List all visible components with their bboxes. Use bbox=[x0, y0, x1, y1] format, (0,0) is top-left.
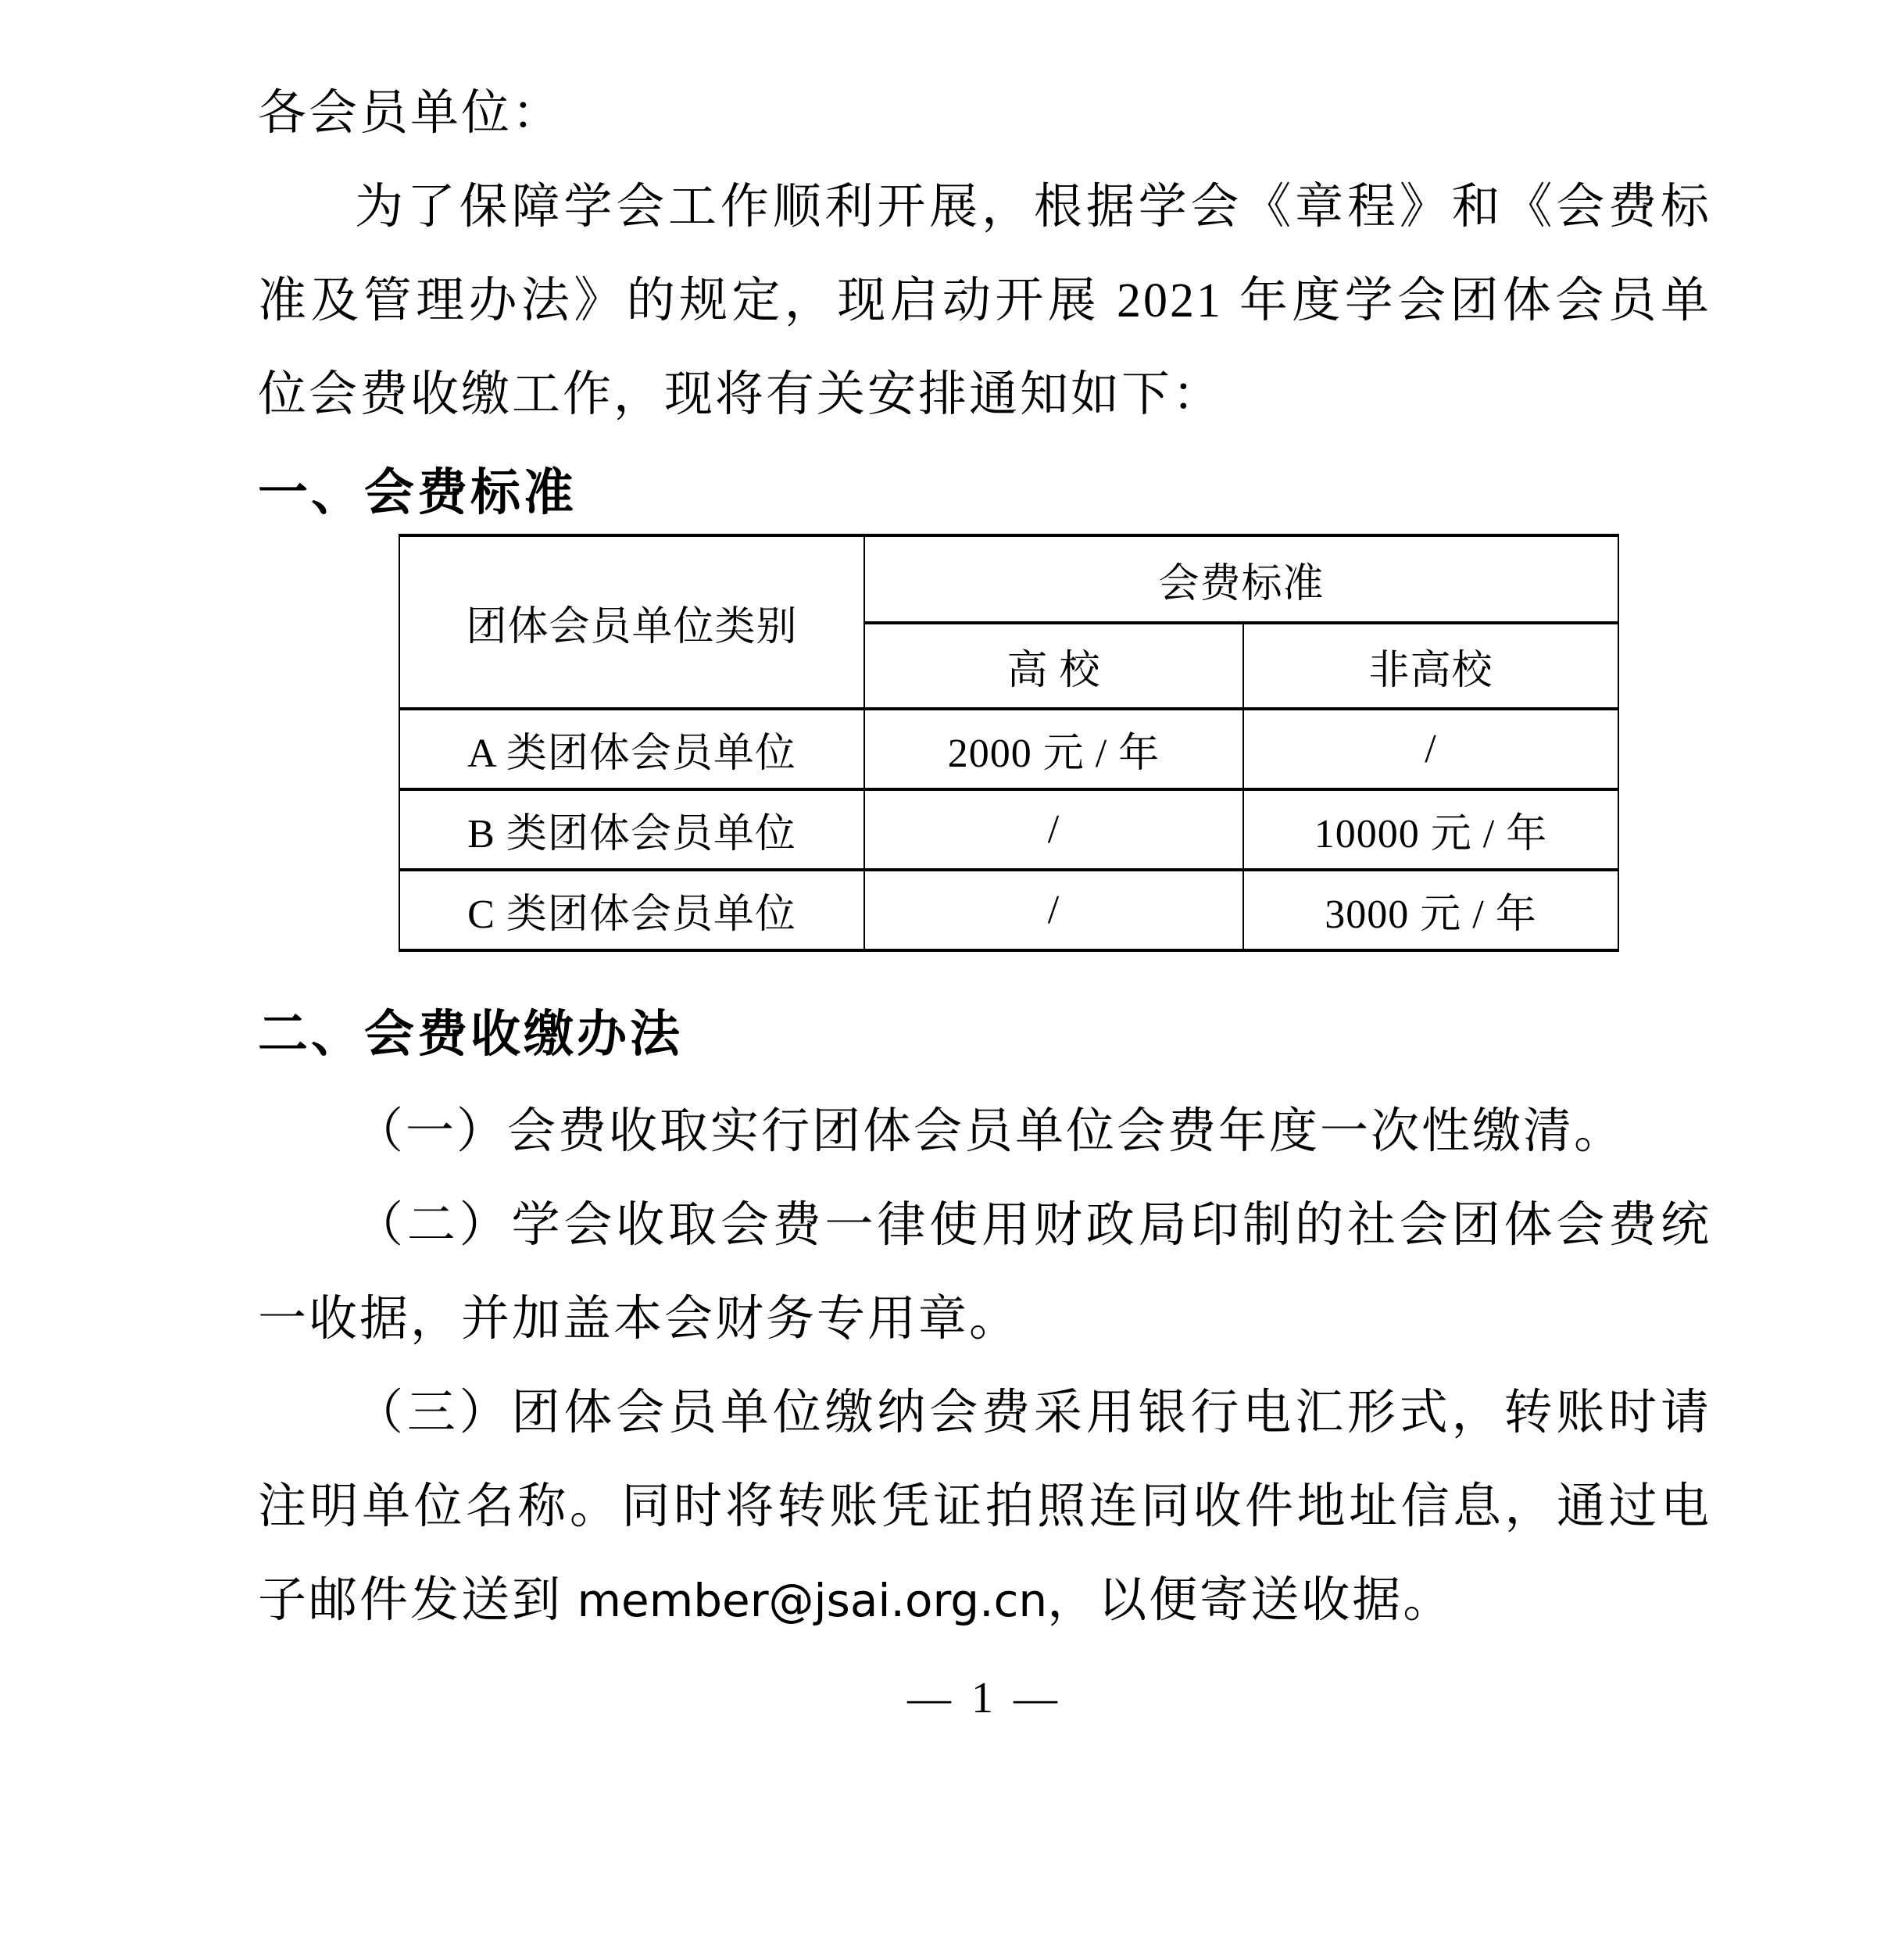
cell-c-university-fee: / bbox=[864, 870, 1243, 950]
cell-category-c: C 类团体会员单位 bbox=[399, 870, 864, 950]
text-line: 为了保障学会工作顺利开展，根据学会《章程》和《会费标 bbox=[258, 160, 1711, 254]
cell-category-a: A 类团体会员单位 bbox=[399, 709, 864, 789]
intro-paragraph: 为了保障学会工作顺利开展，根据学会《章程》和《会费标 准及管理办法》的规定，现启… bbox=[258, 160, 1711, 442]
document-page: 各会员单位： 为了保障学会工作顺利开展，根据学会《章程》和《会费标 准及管理办法… bbox=[0, 0, 1895, 1960]
text-line: 准及管理办法》的规定，现启动开展 2021 年度学会团体会员单 bbox=[258, 254, 1711, 348]
cell-a-university-fee: 2000 元 / 年 bbox=[864, 709, 1243, 789]
table-row: A 类团体会员单位 2000 元 / 年 / bbox=[399, 709, 1618, 789]
method-item-3: （三）团体会员单位缴纳会费采用银行电汇形式，转账时请 注明单位名称。同时将转账凭… bbox=[258, 1366, 1711, 1647]
cell-b-non-university-fee: 10000 元 / 年 bbox=[1243, 789, 1618, 870]
method-item-1: （一）会费收取实行团体会员单位会费年度一次性缴清。 bbox=[258, 1085, 1711, 1179]
text-line: （二）学会收取会费一律使用财政局印制的社会团体会费统 bbox=[258, 1179, 1711, 1272]
page-number: — 1 — bbox=[258, 1667, 1711, 1729]
table-row: C 类团体会员单位 / 3000 元 / 年 bbox=[399, 870, 1618, 950]
header-cell-university: 高 校 bbox=[864, 623, 1243, 709]
fee-standard-table: 团体会员单位类别 会费标准 高 校 非高校 A 类团体会员单位 2000 元 /… bbox=[399, 534, 1619, 952]
cell-category-b: B 类团体会员单位 bbox=[399, 789, 864, 870]
text-line: 一收据，并加盖本会财务专用章。 bbox=[258, 1272, 1711, 1366]
collection-methods: （一）会费收取实行团体会员单位会费年度一次性缴清。 （二）学会收取会费一律使用财… bbox=[258, 1085, 1711, 1647]
header-cell-fee-standard: 会费标准 bbox=[864, 535, 1618, 623]
text-line: （一）会费收取实行团体会员单位会费年度一次性缴清。 bbox=[258, 1085, 1711, 1179]
cell-a-non-university-fee: / bbox=[1243, 709, 1618, 789]
section-1-heading: 一、会费标准 bbox=[258, 453, 1711, 531]
table-header-row-1: 团体会员单位类别 会费标准 bbox=[399, 535, 1618, 623]
table-row: B 类团体会员单位 / 10000 元 / 年 bbox=[399, 789, 1618, 870]
method-item-2: （二）学会收取会费一律使用财政局印制的社会团体会费统 一收据，并加盖本会财务专用… bbox=[258, 1179, 1711, 1366]
cell-c-non-university-fee: 3000 元 / 年 bbox=[1243, 870, 1618, 950]
cell-b-university-fee: / bbox=[864, 789, 1243, 870]
text-line: 注明单位名称。同时将转账凭证拍照连同收件地址信息，通过电 bbox=[258, 1460, 1711, 1554]
header-cell-category: 团体会员单位类别 bbox=[399, 535, 864, 709]
salutation: 各会员单位： bbox=[258, 66, 1711, 160]
text-line-with-email: 子邮件发送到 member@jsai.org.cn，以便寄送收据。 bbox=[258, 1554, 1711, 1647]
email-line-post: ，以便寄送收据。 bbox=[1047, 1574, 1453, 1627]
text-line: 位会费收缴工作，现将有关安排通知如下： bbox=[258, 348, 1711, 442]
header-cell-non-university: 非高校 bbox=[1243, 623, 1618, 709]
email-line-pre: 子邮件发送到 bbox=[258, 1574, 577, 1627]
text-line: （三）团体会员单位缴纳会费采用银行电汇形式，转账时请 bbox=[258, 1366, 1711, 1460]
section-2-heading: 二、会费收缴办法 bbox=[258, 995, 1711, 1073]
email-address: member@jsai.org.cn bbox=[577, 1574, 1048, 1627]
